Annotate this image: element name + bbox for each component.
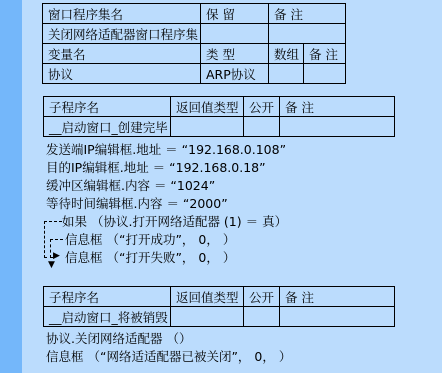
- branch-connector-line: [50, 239, 51, 258]
- remark-header: 备 注: [280, 287, 395, 307]
- return-type-header: 返回值类型: [171, 287, 244, 307]
- public-header: 公开: [244, 287, 280, 307]
- table-row: __启动窗口_将被销毁: [44, 307, 395, 327]
- branch-connector-line: [44, 221, 62, 222]
- public-cell[interactable]: [244, 117, 280, 137]
- subroutine-name-cell[interactable]: __启动窗口_创建完毕: [44, 117, 171, 137]
- variable-type-cell[interactable]: ARP协议: [201, 64, 269, 84]
- table-row: 窗口程序集名 保 留 备 注: [43, 4, 346, 24]
- code-line-buffer[interactable]: 缓冲区编辑框.内容 ＝ “1024”: [46, 179, 215, 193]
- subroutine-name-cell[interactable]: __启动窗口_将被销毁: [44, 307, 171, 327]
- remark-header: 备 注: [269, 4, 346, 24]
- subroutine-name-header: 子程序名: [44, 287, 171, 307]
- variable-name-cell[interactable]: 协议: [43, 64, 201, 84]
- variable-array-cell[interactable]: [269, 64, 304, 84]
- table-row: 关闭网络适配器窗口程序集: [43, 24, 346, 44]
- left-margin-stripe: [0, 0, 22, 373]
- code-line-if-open-adapter[interactable]: 如果 （协议.打开网络适配器 (1) ＝ 真）: [62, 215, 287, 229]
- remark-cell[interactable]: [280, 117, 395, 137]
- code-line-msgbox-open-success[interactable]: 信息框 （“打开成功”， 0， ）: [65, 233, 235, 247]
- flow-continue-down-icon: ▼: [48, 261, 55, 270]
- branch-connector-line: [44, 257, 53, 258]
- code-line-close-adapter[interactable]: 协议.关闭网络适配器 （）: [46, 332, 191, 346]
- reserved-header: 保 留: [201, 4, 269, 24]
- branch-connector-line: [50, 239, 63, 240]
- public-cell[interactable]: [244, 307, 280, 327]
- table-row: 协议 ARP协议: [43, 64, 346, 84]
- program-set-table: 窗口程序集名 保 留 备 注 关闭网络适配器窗口程序集 变量名 类 型 数组 备…: [42, 3, 346, 84]
- remark-cell[interactable]: [280, 307, 395, 327]
- array-header: 数组: [269, 44, 304, 64]
- code-line-msgbox-adapter-closed[interactable]: 信息框 （“网络适适配器已被关闭”， 0， ）: [46, 350, 291, 364]
- branch-connector-line: [44, 221, 45, 258]
- subroutine-table-destroyed: 子程序名 返回值类型 公开 备 注 __启动窗口_将被销毁: [43, 286, 395, 327]
- variable-remark-cell[interactable]: [304, 64, 346, 84]
- table-row: __启动窗口_创建完毕: [44, 117, 395, 137]
- code-line-msgbox-open-fail[interactable]: 信息框 （“打开失败”， 0， ）: [65, 251, 235, 265]
- program-set-name-cell[interactable]: 关闭网络适配器窗口程序集: [43, 24, 201, 44]
- elang-code-view: 窗口程序集名 保 留 备 注 关闭网络适配器窗口程序集 变量名 类 型 数组 备…: [0, 0, 442, 373]
- remark-cell[interactable]: [269, 24, 346, 44]
- code-line-wait-time[interactable]: 等待时间编辑框.内容 ＝ “2000”: [46, 197, 228, 211]
- remark-header: 备 注: [280, 97, 395, 117]
- table-row: 子程序名 返回值类型 公开 备 注: [44, 287, 395, 307]
- reserved-cell[interactable]: [201, 24, 269, 44]
- return-type-header: 返回值类型: [171, 97, 244, 117]
- table-row: 变量名 类 型 数组 备 注: [43, 44, 346, 64]
- return-type-cell[interactable]: [171, 117, 244, 137]
- remark-header: 备 注: [304, 44, 346, 64]
- code-line-dest-ip[interactable]: 目的IP编辑框.地址 ＝ “192.168.0.18”: [46, 161, 266, 175]
- code-line-sender-ip[interactable]: 发送端IP编辑框.地址 ＝ “192.168.0.108”: [46, 143, 286, 157]
- return-type-cell[interactable]: [171, 307, 244, 327]
- type-header: 类 型: [201, 44, 269, 64]
- subroutine-table-created: 子程序名 返回值类型 公开 备 注 __启动窗口_创建完毕: [43, 96, 395, 137]
- subroutine-name-header: 子程序名: [44, 97, 171, 117]
- table-row: 子程序名 返回值类型 公开 备 注: [44, 97, 395, 117]
- public-header: 公开: [244, 97, 280, 117]
- program-set-name-header: 窗口程序集名: [43, 4, 201, 24]
- variable-name-header: 变量名: [43, 44, 201, 64]
